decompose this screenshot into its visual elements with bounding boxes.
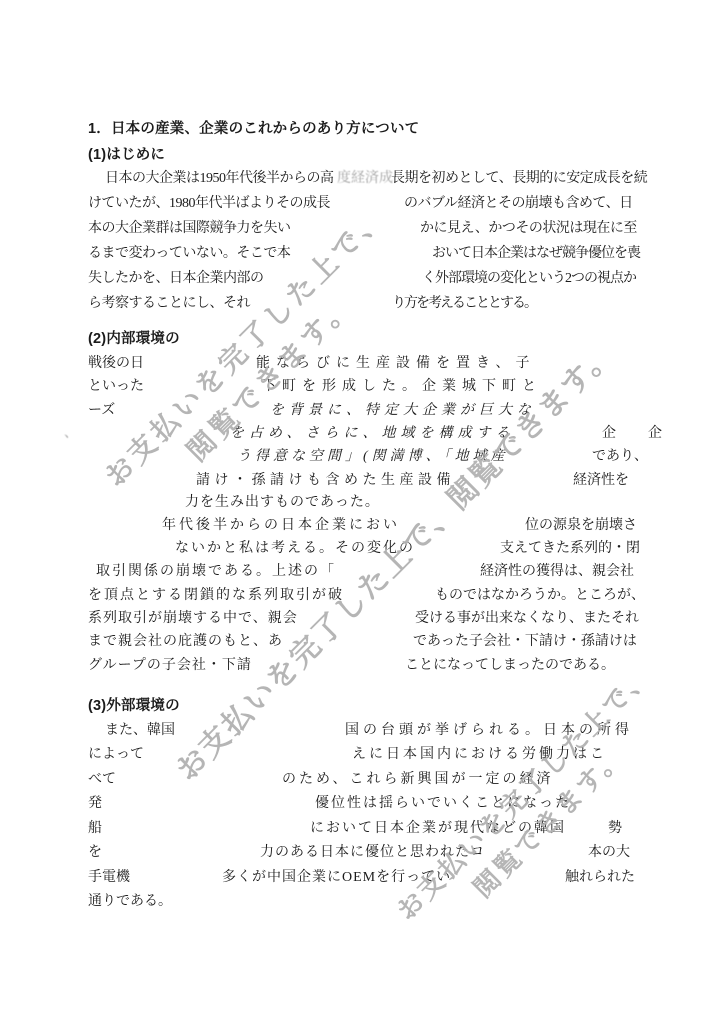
text-fragment: 力のある日本に優位と思われたコ bbox=[260, 844, 485, 862]
text-line: また、韓国国の台頭が挙げられる。日本の所得 bbox=[0, 722, 724, 742]
text-fragment: う得意な空間」(関満博、「地域産 bbox=[237, 448, 509, 466]
text-fragment: ことになってしまったのである。 bbox=[405, 657, 615, 675]
text-fragment: 、 bbox=[64, 425, 78, 443]
text-fragment: 国の台頭が挙げられる。日本の所得 bbox=[345, 722, 633, 740]
text-fragment: 発 bbox=[88, 795, 102, 813]
text-fragment: ら考察することにし、それ bbox=[88, 295, 250, 313]
heading-fragment: (1)はじめに bbox=[88, 146, 165, 164]
text-line: まで親会社の庇護のもと、あであった子会社・下請け・孫請けは bbox=[0, 633, 724, 653]
text-fragment: 受ける事が出来なくなり、またそれ bbox=[415, 610, 639, 628]
text-line: 失したかを、日本企業内部のく外部環境の変化という2つの視点か bbox=[0, 270, 724, 290]
text-fragment: また、韓国 bbox=[105, 722, 175, 740]
text-fragment: において日本企業が現代などの韓国 bbox=[310, 820, 566, 838]
text-fragment: 年代後半からの日本企業におい bbox=[162, 517, 400, 535]
text-line: るまで変わっていない。そこで本おいて日本企業はなぜ競争優位を喪 bbox=[0, 245, 724, 265]
text-fragment: 失したかを、日本企業内部の bbox=[88, 270, 264, 288]
text-fragment: 企 bbox=[648, 425, 662, 443]
text-line: けていたが、1980年代半ばよりその成長のバブル経済とその崩壊も含めて、日 bbox=[0, 195, 724, 215]
text-line: (3)外部環境の bbox=[0, 697, 724, 717]
heading-fragment: 1．日本の産業、企業のこれからのあり方について bbox=[88, 120, 419, 138]
text-fragment: まで親会社の庇護のもと、あ bbox=[88, 633, 283, 651]
text-fragment: 力を生み出すものであった。 bbox=[185, 494, 380, 512]
text-fragment: えに日本国内における労働力はこ bbox=[352, 746, 607, 764]
text-fragment: 系列取引が崩壊する中で、親会 bbox=[88, 610, 298, 628]
text-line: う得意な空間」(関満博、「地域産であり、 bbox=[0, 448, 724, 468]
text-line: 1．日本の産業、企業のこれからのあり方について bbox=[0, 120, 724, 140]
text-line: 系列取引が崩壊する中で、親会受ける事が出来なくなり、またそれ bbox=[0, 610, 724, 630]
text-fragment: 経済性を bbox=[573, 472, 629, 490]
text-line: 戦後の日能ならびに生産設備を置き、子 bbox=[0, 355, 724, 375]
text-line: 手電機多くが中国企業にOEMを行ってい触れられた bbox=[0, 869, 724, 889]
text-line: 力を生み出すものであった。 bbox=[0, 494, 724, 514]
text-fragment: 長期を初めとして、長期的に安定成長を続 bbox=[391, 170, 647, 188]
text-fragment: 本の大 bbox=[588, 844, 630, 862]
text-fragment: といった bbox=[88, 378, 144, 396]
text-line: (2)内部環境の bbox=[0, 330, 724, 350]
text-fragment: べて bbox=[88, 771, 116, 789]
text-fragment: けていたが、1980年代半ばよりその成長 bbox=[88, 195, 330, 213]
text-fragment: ーズ bbox=[88, 402, 115, 420]
text-fragment: 本の大企業群は国際競争力を失い bbox=[88, 220, 291, 238]
document-page: 1．日本の産業、企業のこれからのあり方について(1)はじめに日本の大企業は195… bbox=[0, 0, 724, 1024]
text-fragment: 勢 bbox=[608, 820, 622, 838]
text-line: ないかと私は考える。その変化の支えてきた系列的・閉 bbox=[0, 540, 724, 560]
text-fragment: 船 bbox=[88, 820, 102, 838]
text-line: ら考察することにし、それり方を考えることとする。 bbox=[0, 295, 724, 315]
text-line: 船において日本企業が現代などの韓国勢 bbox=[0, 820, 724, 840]
text-line: (1)はじめに bbox=[0, 146, 724, 166]
text-fragment: であった子会社・下請け・孫請けは bbox=[413, 633, 637, 651]
text-line: 日本の大企業は1950年代後半からの高度経済成長期を初めとして、長期的に安定成長… bbox=[0, 170, 724, 190]
text-line: 年代後半からの日本企業におい位の源泉を崩壊さ bbox=[0, 517, 724, 537]
text-line: 通りである。 bbox=[0, 893, 724, 913]
text-fragment: 通りである。 bbox=[88, 893, 172, 911]
text-fragment: く外部環境の変化という2つの視点か bbox=[422, 270, 636, 288]
text-line: ーズを背景に、特定大企業が巨大な bbox=[0, 402, 724, 422]
text-fragment: ないかと私は考える。その変化の bbox=[175, 540, 415, 558]
text-fragment: 優位性は揺らいでいくことになった bbox=[315, 795, 571, 813]
text-fragment: 企 bbox=[602, 425, 616, 443]
text-fragment: り方を考えることとする。 bbox=[392, 295, 536, 313]
text-fragment: のため、これら新興国が一定の経済 bbox=[282, 771, 553, 789]
text-line: 本の大企業群は国際競争力を失いかに見え、かつその状況は現在に至 bbox=[0, 220, 724, 240]
text-line: を力のある日本に優位と思われたコ本の大 bbox=[0, 844, 724, 864]
text-fragment: 支えてきた系列的・閉 bbox=[500, 540, 640, 558]
text-fragment: 取引関係の崩壊である。上述の「 bbox=[96, 563, 336, 581]
text-fragment: であり、 bbox=[592, 448, 648, 466]
text-line: によってえに日本国内における労働力はこ bbox=[0, 746, 724, 766]
text-fragment: かに見え、かつその状況は現在に至 bbox=[420, 220, 637, 238]
text-fragment: 経済性の獲得は、親会社 bbox=[480, 563, 634, 581]
text-line: を頂点とする閉鎖的な系列取引が破ものではなかろうか。ところが、 bbox=[0, 587, 724, 607]
text-line: グループの子会社・下請ことになってしまったのである。 bbox=[0, 657, 724, 677]
heading-fragment: (3)外部環境の bbox=[88, 697, 180, 715]
text-line: べてのため、これら新興国が一定の経済 bbox=[0, 771, 724, 791]
text-fragment: 多くが中国企業にOEMを行ってい bbox=[222, 869, 451, 887]
text-fragment: を占め、さらに、地域を構成する bbox=[230, 425, 514, 443]
text-line: 、を占め、さらに、地域を構成する企企 bbox=[0, 425, 724, 445]
text-line: 請け・孫請けも含めた生産設備経済性を bbox=[0, 472, 724, 492]
text-fragment: 下町を形成した。企業城下町と bbox=[262, 378, 542, 396]
text-line: 発優位性は揺らいでいくことになった bbox=[0, 795, 724, 815]
text-fragment: 触れられた bbox=[565, 869, 635, 887]
text-fragment: のバブル経済とその崩壊も含めて、日 bbox=[404, 195, 633, 213]
text-fragment: を頂点とする閉鎖的な系列取引が破 bbox=[88, 587, 344, 605]
text-fragment: 手電機 bbox=[88, 869, 130, 887]
text-fragment: 度経済成 bbox=[337, 170, 393, 188]
text-fragment: 戦後の日 bbox=[88, 355, 144, 373]
text-fragment: 能ならびに生産設備を置き、子 bbox=[256, 355, 535, 373]
text-fragment: おいて日本企業はなぜ競争優位を喪 bbox=[432, 245, 640, 263]
text-fragment: を bbox=[88, 844, 102, 862]
text-line: 取引関係の崩壊である。上述の「経済性の獲得は、親会社 bbox=[0, 563, 724, 583]
heading-fragment: (2)内部環境の bbox=[88, 330, 180, 348]
text-fragment: によって bbox=[88, 746, 144, 764]
text-fragment: を背景に、特定大企業が巨大な bbox=[270, 402, 536, 420]
text-line: といった下町を形成した。企業城下町と bbox=[0, 378, 724, 398]
text-fragment: ものではなかろうか。ところが、 bbox=[435, 587, 645, 605]
text-fragment: 位の源泉を崩壊さ bbox=[525, 517, 637, 535]
text-fragment: 請け・孫請けも含めた生産設備 bbox=[196, 472, 455, 490]
text-fragment: 日本の大企業は1950年代後半からの高 bbox=[105, 170, 334, 188]
text-fragment: グループの子会社・下請 bbox=[88, 657, 252, 675]
text-fragment: るまで変わっていない。そこで本 bbox=[88, 245, 290, 263]
